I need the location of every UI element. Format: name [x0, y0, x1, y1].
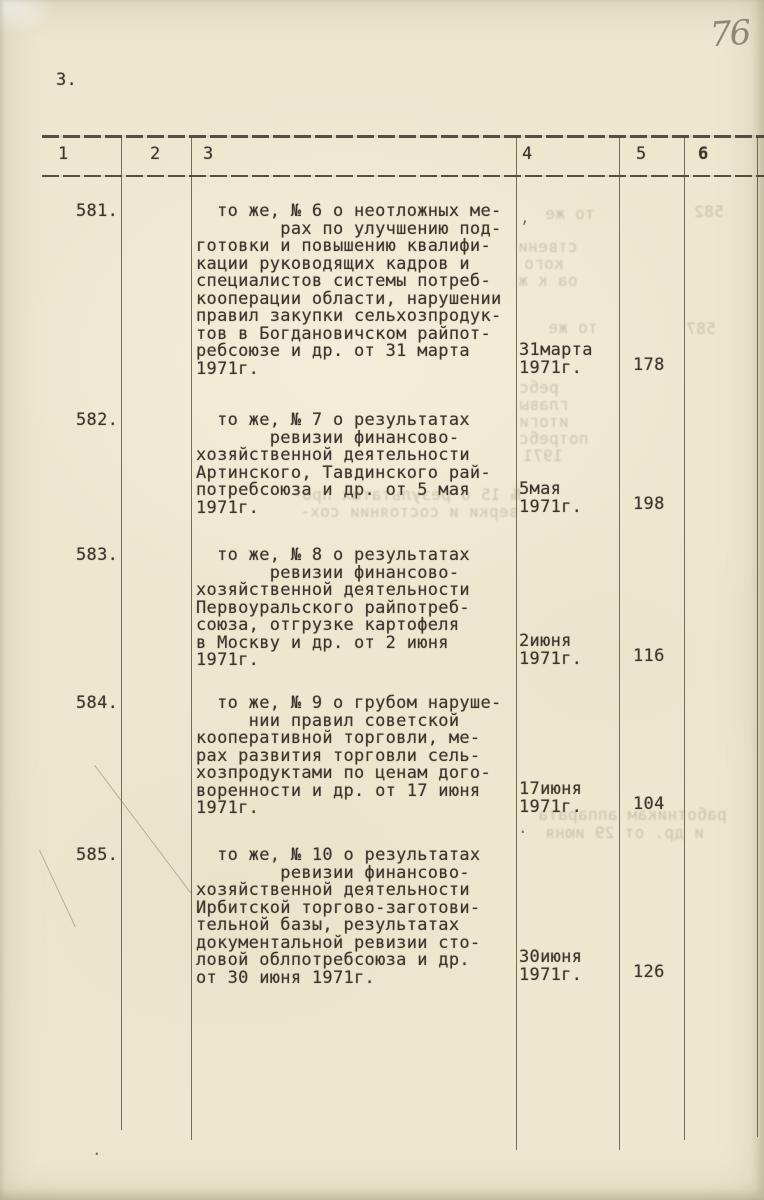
column-header-5: 5: [636, 146, 646, 163]
bleedthrough-text: то же: [545, 205, 595, 222]
column-divider-2: [191, 137, 192, 1140]
entry-description: то же, № 9 о грубом наруше- нии правил с…: [196, 695, 502, 818]
stray-ink-mark: ,: [520, 208, 530, 227]
stray-ink-mark: .: [92, 1140, 102, 1159]
entry-number: 585.: [76, 847, 118, 865]
table-top-rule: [42, 135, 764, 138]
stray-ink-mark: .: [518, 818, 528, 837]
entry-date: 31марта 1971г.: [519, 342, 593, 377]
entry-sheet-count: 116: [633, 648, 665, 666]
document-page: 3. 76 1 2 3 4 5 6 581. то же, № 6 о неот…: [0, 0, 764, 1200]
column-divider-1: [121, 137, 122, 1130]
entry-date: 2июня 1971г.: [519, 633, 582, 668]
bleedthrough-text: 582: [694, 203, 724, 220]
entry-number: 582.: [76, 412, 118, 430]
bleedthrough-text: потребс: [519, 430, 589, 447]
entry-description: то же, № 10 о результатах ревизии финанс…: [196, 847, 480, 987]
entry-description: то же, № 8 о результатах ревизии финансо…: [196, 547, 470, 670]
bleedthrough-text: 1971: [523, 447, 563, 464]
entry-description: то же, № 6 о неотложных ме- рах по улучш…: [196, 203, 502, 378]
bleedthrough-text: итоги: [519, 413, 569, 430]
paper-scratch: [94, 765, 191, 893]
bleedthrough-text: и др. от 29 июня: [545, 824, 704, 841]
table-header-rule: [42, 175, 764, 177]
bleedthrough-text: кого: [524, 255, 564, 272]
column-divider-5: [684, 137, 685, 1140]
entry-number: 581.: [76, 203, 118, 221]
entry-date: 30июня 1971г.: [519, 949, 582, 984]
entry-sheet-count: 198: [633, 496, 665, 514]
column-header-1: 1: [58, 146, 68, 163]
column-divider-6: [757, 137, 758, 1137]
column-header-3: 3: [203, 146, 213, 163]
entry-sheet-count: 178: [633, 357, 665, 375]
entry-sheet-count: 126: [633, 964, 665, 982]
column-header-4: 4: [522, 146, 532, 163]
bleedthrough-text: то же: [548, 319, 598, 336]
column-header-2: 2: [150, 146, 160, 163]
typed-page-number: 3.: [56, 72, 77, 90]
bleedthrough-text: оа к ж: [518, 272, 578, 289]
bleedthrough-text: 587: [686, 320, 716, 337]
entry-date: 5мая 1971г.: [519, 481, 582, 516]
bleedthrough-text: главы: [519, 396, 569, 413]
handwritten-page-number: 76: [709, 13, 751, 56]
column-header-6: 6: [698, 146, 708, 163]
bleedthrough-text: № 15 о результатах про-: [292, 486, 520, 503]
paper-scratch: [39, 850, 76, 927]
bleedthrough-text: верки и состоянии сох-: [300, 503, 519, 520]
bleedthrough-text: ребс: [519, 379, 559, 396]
entry-number: 583.: [76, 547, 118, 565]
column-divider-4: [619, 137, 620, 1150]
entry-number: 584.: [76, 695, 118, 713]
bleedthrough-text: работникам аппарата: [538, 806, 727, 823]
bleedthrough-text: ствени: [518, 238, 578, 255]
